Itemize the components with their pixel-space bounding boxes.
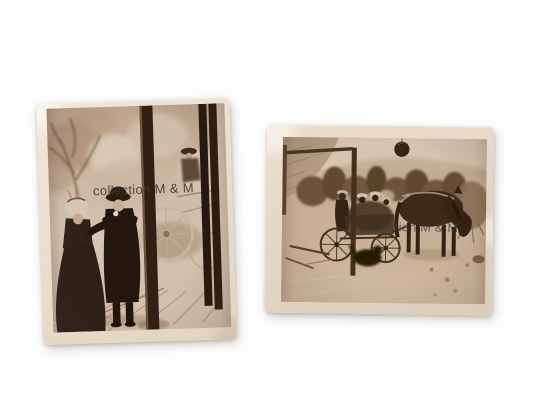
film-grain-texture <box>46 103 231 332</box>
photo-horse-image-area <box>281 137 487 304</box>
photo-couple-image-area <box>46 103 231 332</box>
photo-horse-carriage: collection M & M <box>265 125 494 316</box>
photo-couple-on-porch: collection M & M <box>36 98 236 345</box>
scan-background: collection M & M <box>0 0 550 400</box>
film-grain-texture <box>281 137 487 304</box>
photo-couple-illustration <box>46 103 231 332</box>
photo-horse-illustration <box>281 137 487 304</box>
